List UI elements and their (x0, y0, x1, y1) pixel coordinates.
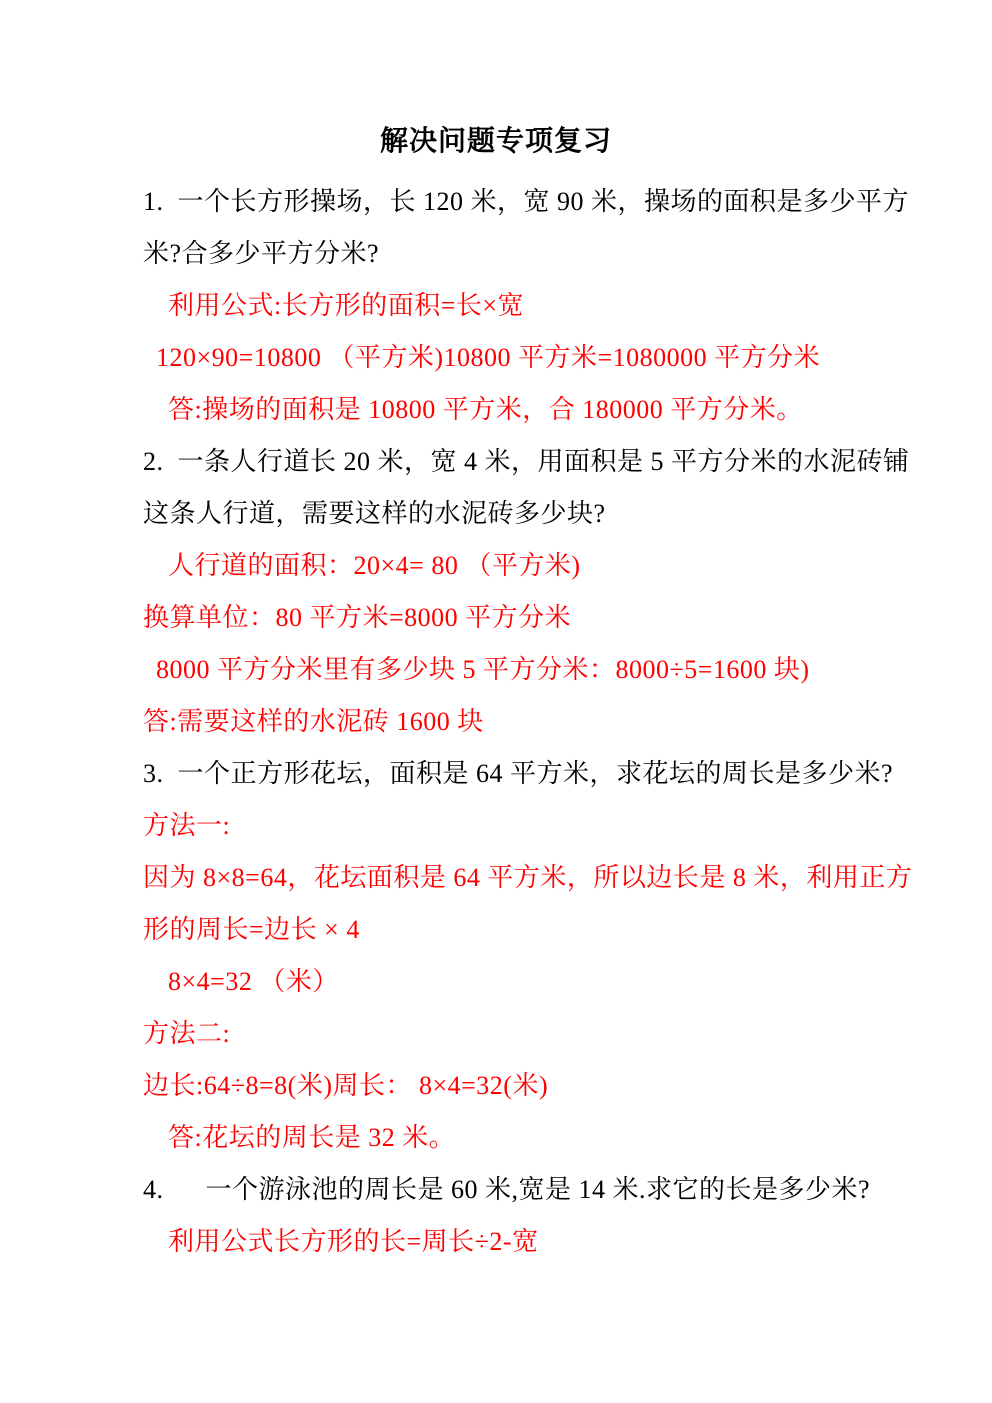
answer-2-area-calculation: 人行道的面积：20×4= 80 （平方米) (168, 540, 872, 592)
answer-3-method-2-calculation: 边长:64÷8=8(米)周长： 8×4=32(米) (143, 1060, 872, 1112)
answer-3-method-1-line-2: 形的周长=边长 × 4 (143, 904, 872, 956)
question-4-line-1: 4. 一个游泳池的周长是 60 米,宽是 14 米.求它的长是多少米? (143, 1164, 872, 1216)
question-1-line-1: 1. 一个长方形操场，长 120 米，宽 90 米，操场的面积是多少平方 (143, 176, 872, 228)
answer-3-statement: 答:花坛的周长是 32 米。 (168, 1112, 872, 1164)
answer-3-method-1-calculation: 8×4=32 （米） (168, 956, 872, 1008)
answer-3-method-1-label: 方法一: (143, 800, 872, 852)
answer-2-statement: 答:需要这样的水泥砖 1600 块 (143, 696, 872, 748)
question-2-line-2: 这条人行道，需要这样的水泥砖多少块? (143, 488, 872, 540)
answer-1-statement: 答:操场的面积是 10800 平方米，合 180000 平方分米。 (168, 384, 872, 436)
question-2-line-1: 2. 一条人行道长 20 米，宽 4 米，用面积是 5 平方分米的水泥砖铺 (143, 436, 872, 488)
answer-2-division-calculation: 8000 平方分米里有多少块 5 平方分米：8000÷5=1600 块) (156, 644, 872, 696)
question-3-line-1: 3. 一个正方形花坛，面积是 64 平方米，求花坛的周长是多少米? (143, 748, 872, 800)
worksheet-page: 解决问题专项复习 1. 一个长方形操场，长 120 米，宽 90 米，操场的面积… (0, 0, 992, 1403)
document-title: 解决问题专项复习 (0, 0, 992, 162)
answer-1-calculation: 120×90=10800 （平方米)10800 平方米=1080000 平方分米 (156, 332, 872, 384)
document-body: 1. 一个长方形操场，长 120 米，宽 90 米，操场的面积是多少平方 米?合… (0, 176, 992, 1268)
answer-3-method-1-line-1: 因为 8×8=64，花坛面积是 64 平方米，所以边长是 8 米，利用正方 (143, 852, 872, 904)
answer-1-formula: 利用公式:长方形的面积=长×宽 (168, 280, 872, 332)
answer-2-unit-conversion: 换算单位：80 平方米=8000 平方分米 (143, 592, 872, 644)
answer-3-method-2-label: 方法二: (143, 1008, 872, 1060)
answer-4-formula: 利用公式长方形的长=周长÷2-宽 (168, 1216, 872, 1268)
question-1-line-2: 米?合多少平方分米? (143, 228, 872, 280)
